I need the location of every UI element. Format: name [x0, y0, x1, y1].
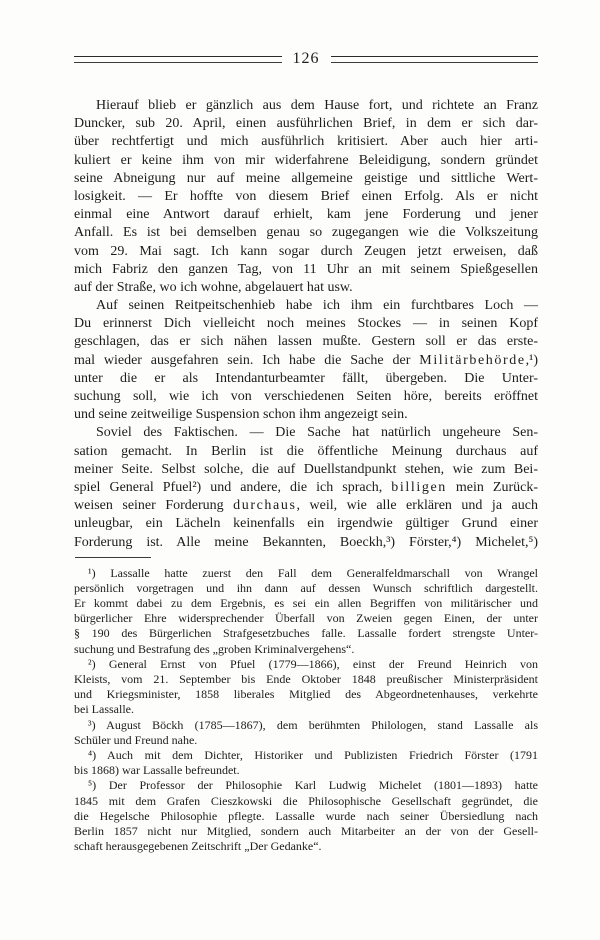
text-line: vom 29. Mai sagt. Ich kann sogar durch Z…: [74, 243, 538, 261]
footnote-line: bei Lassalle.: [74, 702, 538, 717]
text-line: Auf seinen Reitpeitschenhieb habe ich ih…: [74, 297, 538, 315]
text-segment: spiel General Pfuel²) und andere, die ic…: [74, 480, 391, 495]
footnote-line: Berlin 1857 nicht nur Mitglied, sondern …: [74, 824, 538, 839]
letterspaced-word: billigen: [391, 480, 447, 495]
footnote: ²) General Ernst von Pfuel (1779—1866), …: [74, 657, 538, 718]
letterspaced-word: durchaus: [233, 498, 296, 513]
page-number: 126: [282, 52, 331, 66]
text-line: auf der Straße, wo ich wohne, abgelauert…: [74, 279, 538, 297]
footnote-line: Kleists, vom 21. September bis Ende Okto…: [74, 672, 538, 687]
letterspaced-word: Militärbehörde: [419, 353, 525, 368]
header-rule-right: [331, 56, 539, 63]
text-line: weisen seiner Forderung durchaus, weil, …: [74, 497, 538, 515]
text-segment: mal wieder ausgefahren sein. Ich habe di…: [74, 353, 419, 368]
footnote-line: § 190 des Bürgerlichen Strafgesetzbuches…: [74, 626, 538, 641]
text-line: einmal eine Antwort darauf erhielt, kam …: [74, 206, 538, 224]
footnote-line: bis 1868) war Lassalle befreundet.: [74, 763, 538, 778]
footnote-separator: [75, 557, 151, 558]
footnote-line: schaft herausgegebenen Zeitschrift „Der …: [74, 839, 538, 854]
paragraph: Auf seinen Reitpeitschenhieb habe ich ih…: [74, 297, 538, 424]
text-line: spiel General Pfuel²) und andere, die ic…: [74, 479, 538, 497]
footnote-line: Schüler und Freund nahe.: [74, 733, 538, 748]
page-content: 126 Hierauf blieb er gänzlich aus dem Ha…: [74, 0, 538, 854]
text-line: geschlagen, das er sich nähen lassen muß…: [74, 333, 538, 351]
footnote-line: ⁴) Auch mit dem Dichter, Historiker und …: [74, 748, 538, 763]
text-segment: mein Zurück-: [447, 480, 538, 495]
footnotes: ¹) Lassalle hatte zuerst den Fall dem Ge…: [74, 566, 538, 855]
page-header: 126: [74, 52, 538, 66]
text-segment: ,¹): [526, 353, 538, 368]
text-line: und seine zeitweilige Suspension schon i…: [74, 406, 538, 424]
footnote-line: 1845 mit dem Grafen Cieszkowski die Phil…: [74, 794, 538, 809]
footnote-line: und Kriegsminister, 1858 liberales Mitgl…: [74, 687, 538, 702]
text-line: mal wieder ausgefahren sein. Ich habe di…: [74, 352, 538, 370]
footnote: ¹) Lassalle hatte zuerst den Fall dem Ge…: [74, 566, 538, 657]
text-line: seine Abneigung nur auf meine allgemeine…: [74, 170, 538, 188]
header-rule-left: [74, 56, 282, 63]
footnote: ³) August Böckh (1785—1867), dem berühmt…: [74, 718, 538, 748]
text-line: Du erinnerst Dich vielleicht noch meines…: [74, 315, 538, 333]
footnote-line: ¹) Lassalle hatte zuerst den Fall dem Ge…: [74, 566, 538, 581]
text-line: unleugbar, ein Lächeln keinenfalls ein i…: [74, 515, 538, 533]
footnote-line: persönlich vorgetragen und ihn dann auf …: [74, 581, 538, 596]
footnote-line: ³) August Böckh (1785—1867), dem berühmt…: [74, 718, 538, 733]
text-line: mich Fabriz den ganzen Tag, von 11 Uhr a…: [74, 261, 538, 279]
text-line: meiner Seite. Selbst solche, die auf Due…: [74, 461, 538, 479]
paragraph: Hierauf blieb er gänzlich aus dem Hause …: [74, 97, 538, 297]
text-line: sation gemacht. In Berlin ist die öffent…: [74, 443, 538, 461]
text-segment: weisen seiner Forderung: [74, 498, 233, 513]
text-line: Soviel des Faktischen. — Die Sache hat n…: [74, 424, 538, 442]
paragraph: Soviel des Faktischen. — Die Sache hat n…: [74, 424, 538, 551]
text-line: unter die er als Intendanturbeamter fäll…: [74, 370, 538, 388]
text-line: losigkeit. — Er hoffte von diesem Brief …: [74, 188, 538, 206]
footnote-line: die Hegelsche Philosophie pflegte. Lassa…: [74, 809, 538, 824]
text-line: über rechtfertigt und mich ausführlich k…: [74, 133, 538, 151]
text-line: Forderung ist. Alle meine Bekannten, Boe…: [74, 534, 538, 552]
text-line: Duncker, sub 20. April, einen ausführlic…: [74, 115, 538, 133]
text-line: Hierauf blieb er gänzlich aus dem Hause …: [74, 97, 538, 115]
text-line: suchung soll, wie ich von verschiedenen …: [74, 388, 538, 406]
text-segment: , weil, wie alle erklären und ja auch: [297, 498, 538, 513]
footnote-line: ²) General Ernst von Pfuel (1779—1866), …: [74, 657, 538, 672]
footnote-line: bürgerlicher Ehre widersprechender Überf…: [74, 611, 538, 626]
footnote-line: suchung und Bestrafung des „groben Krimi…: [74, 642, 538, 657]
footnote: ⁵) Der Professor der Philosophie Karl Lu…: [74, 778, 538, 854]
main-text: Hierauf blieb er gänzlich aus dem Hause …: [74, 97, 538, 552]
book-page: 126 Hierauf blieb er gänzlich aus dem Ha…: [0, 0, 600, 940]
footnote-line: ⁵) Der Professor der Philosophie Karl Lu…: [74, 778, 538, 793]
text-line: kuliert er keine ihm von mir widerfahren…: [74, 152, 538, 170]
text-line: Anfall. Es ist bei demselben genau so zu…: [74, 224, 538, 242]
footnote: ⁴) Auch mit dem Dichter, Historiker und …: [74, 748, 538, 778]
footnote-line: Er kommt dabei zu dem Ergebnis, es sei e…: [74, 596, 538, 611]
